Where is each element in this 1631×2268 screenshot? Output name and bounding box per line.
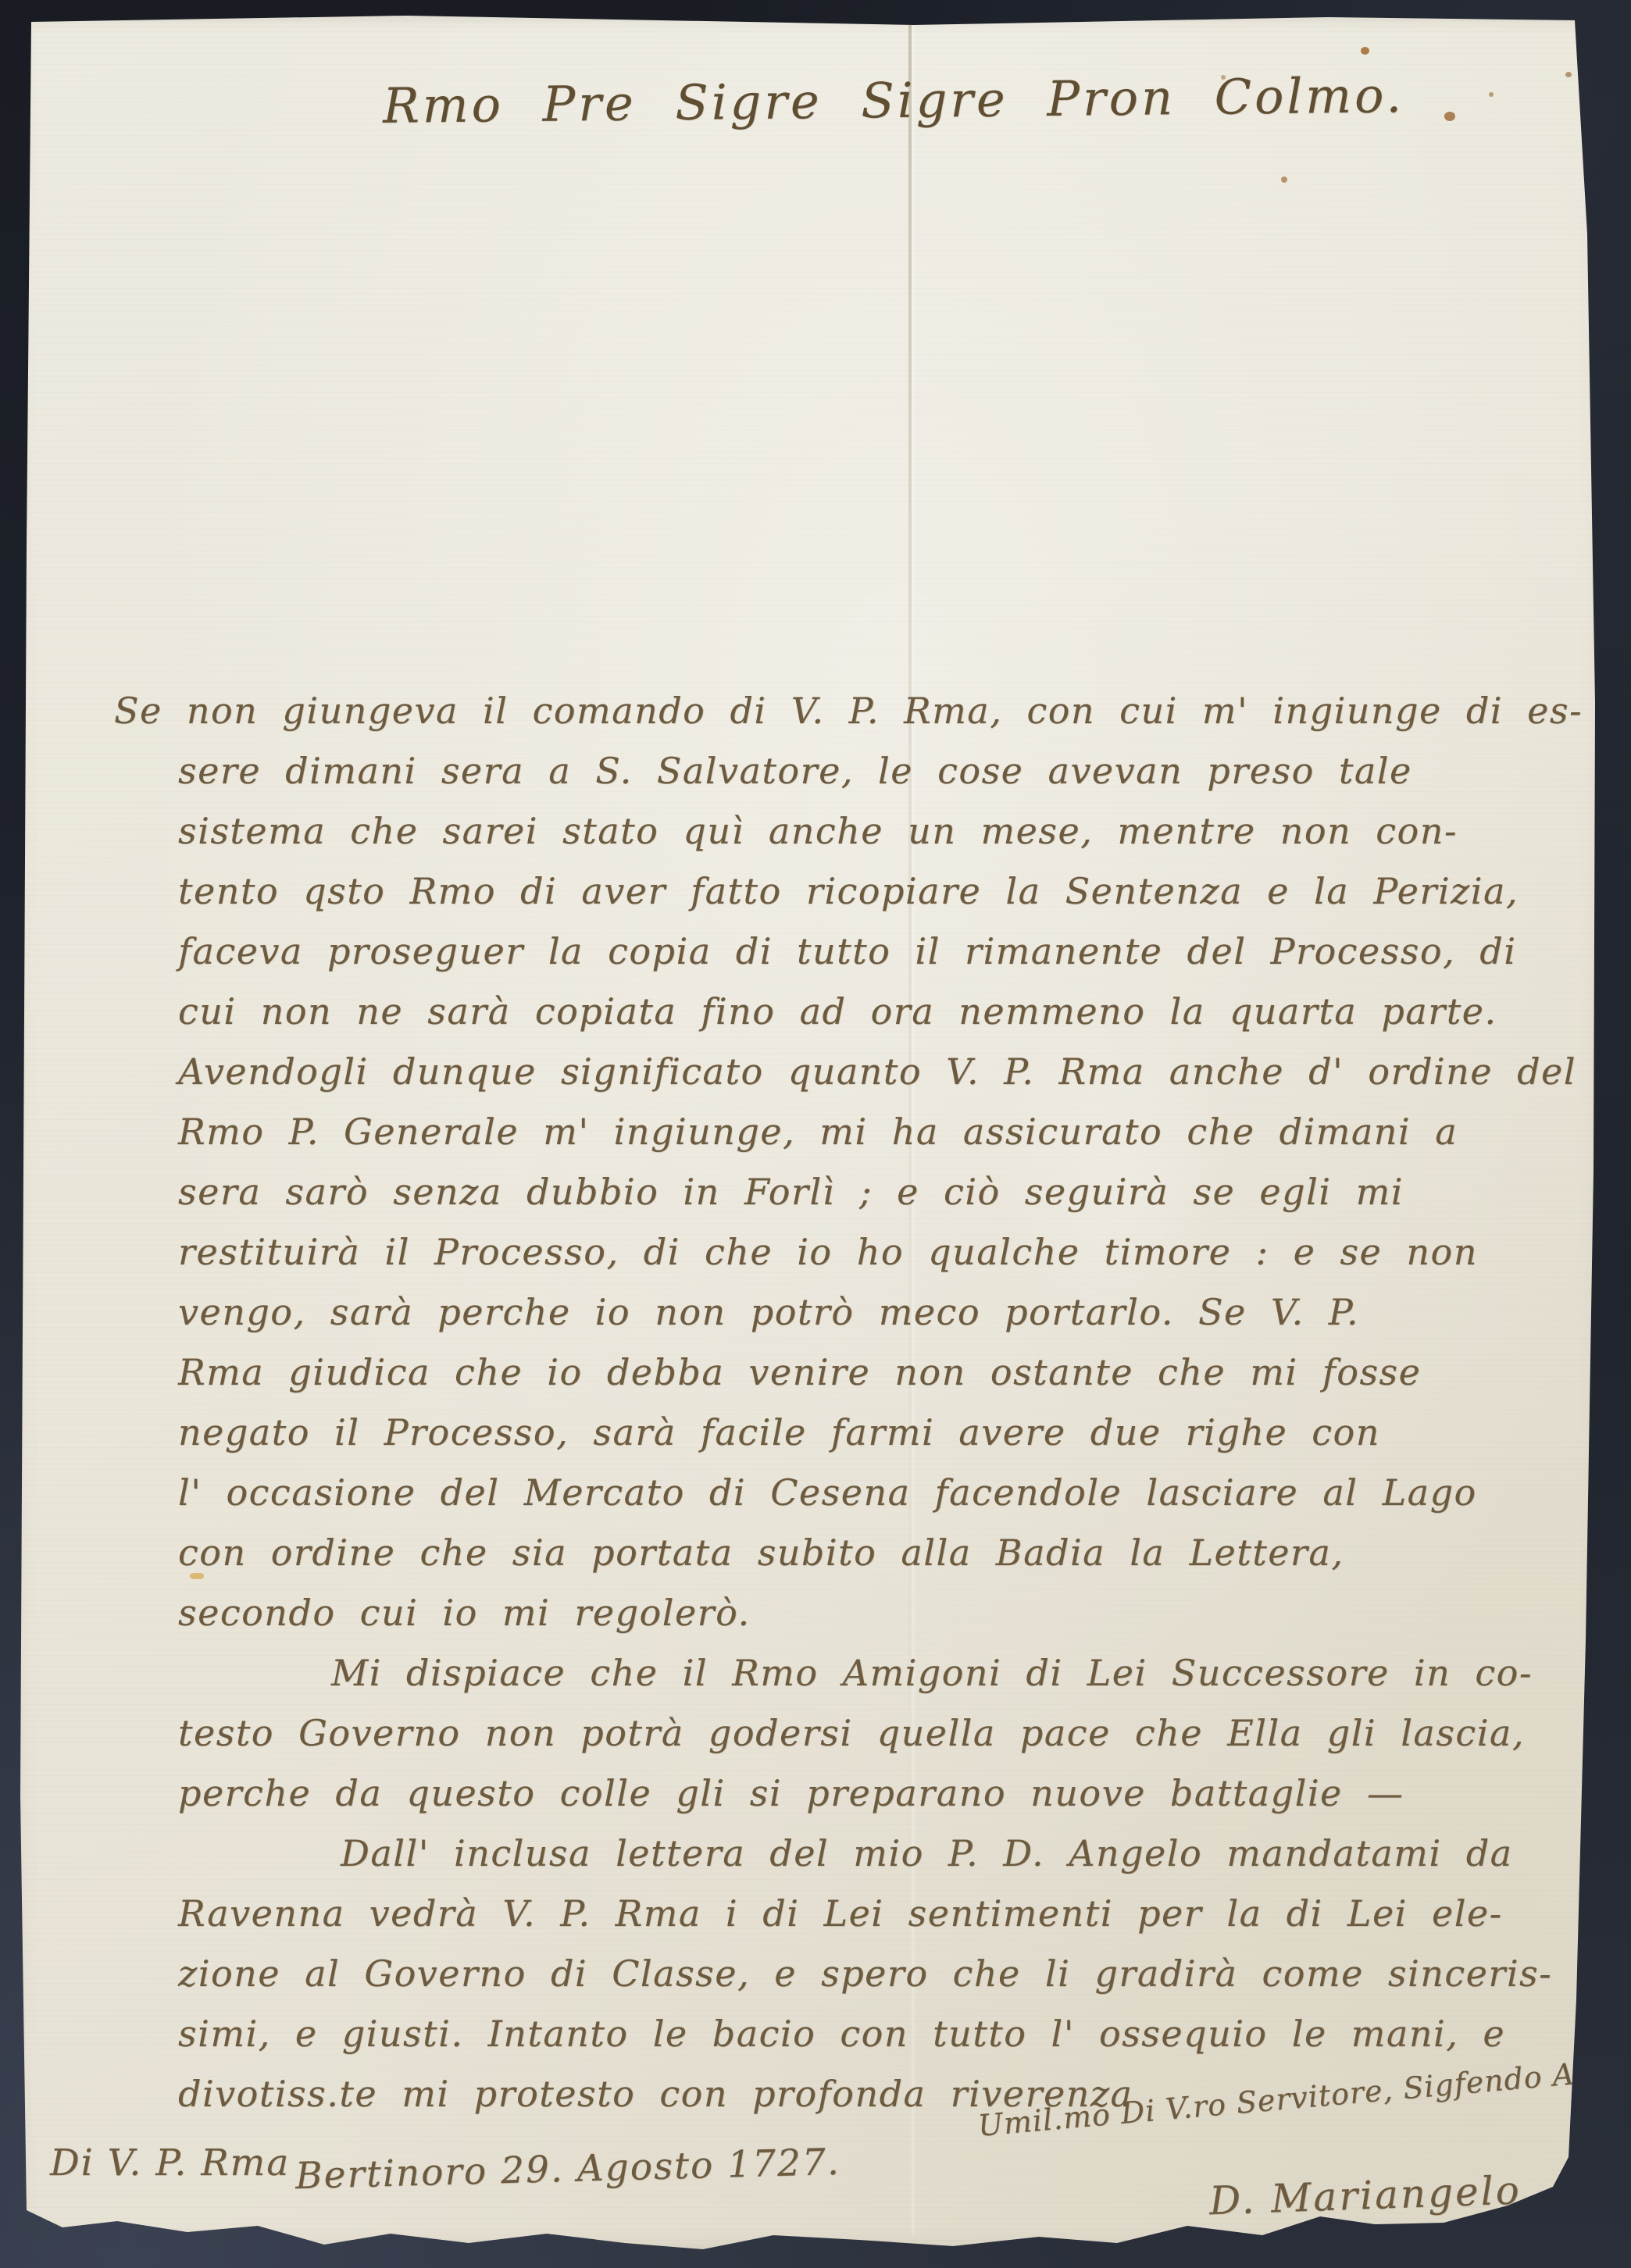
letter-line: l' occasione del Mercato di Cesena facen… (178, 1463, 1600, 1523)
letter-body: Se non giungeva il comando di V. P. Rma,… (178, 681, 1600, 2124)
letter-line: Rma giudica che io debba venire non osta… (178, 1343, 1600, 1403)
letter-line: Mi dispiace che il Rmo Amigoni di Lei Su… (331, 1643, 1600, 1703)
letter-paper-sheet: Rmo Pre Sigre Sigre Pron Colmo. Se non g… (0, 0, 1631, 2268)
letter-line: testo Governo non potrà godersi quella p… (178, 1703, 1600, 1763)
letter-line: sera sarò senza dubbio in Forlì ; e ciò … (178, 1162, 1600, 1222)
letter-line: vengo, sarà perche io non potrò meco por… (178, 1282, 1600, 1343)
fox-spot (1565, 72, 1572, 77)
letter-line: faceva proseguer la copia di tutto il ri… (178, 922, 1600, 982)
ink-stain (6, 44, 16, 55)
fox-spot (1281, 177, 1287, 183)
fox-spot (1489, 92, 1494, 97)
letter-line: zione al Governo di Classe, e spero che … (178, 1944, 1600, 2004)
fox-spot (1361, 47, 1369, 55)
letter-signature: D. Mariangelo. (1208, 2167, 1536, 2224)
letter-line: secondo cui io mi regolerò. (178, 1583, 1600, 1643)
letter-dateline-place-date: Bertinoro 29. Agosto 1727. (294, 2141, 840, 2198)
letter-dateline-addressee: Di V. P. Rma (50, 2141, 290, 2184)
letter-line: negato il Processo, sarà facile farmi av… (178, 1403, 1600, 1463)
letter-line: sere dimani sera a S. Salvatore, le cose… (178, 741, 1600, 801)
letter-line: sistema che sarei stato quì anche un mes… (178, 801, 1600, 861)
letter-line: perche da questo colle gli si preparano … (178, 1763, 1600, 1824)
letter-line: Avendogli dunque significato quanto V. P… (178, 1042, 1600, 1102)
fox-spot (1558, 2198, 1567, 2206)
letter-line: Se non giungeva il comando di V. P. Rma,… (114, 681, 1600, 741)
letter-line: Rmo P. Generale m' ingiunge, mi ha assic… (178, 1102, 1600, 1162)
letter-line: simi, e giusti. Intanto le bacio con tut… (178, 2004, 1600, 2064)
letter-salutation: Rmo Pre Sigre Sigre Pron Colmo. (383, 66, 1405, 134)
letter-line: cui non ne sarà copiata fino ad ora nemm… (178, 982, 1600, 1042)
letter-line: tento qsto Rmo di aver fatto ricopiare l… (178, 861, 1600, 922)
fox-spot (1444, 112, 1455, 121)
photo-of-letter: { "photo": { "background_color": "#20242… (0, 0, 1631, 2268)
letter-line: Dall' inclusa lettera del mio P. D. Ange… (341, 1824, 1600, 1884)
letter-line: con ordine che sia portata subito alla B… (178, 1523, 1600, 1583)
letter-line: restituirà il Processo, di che io ho qua… (178, 1222, 1600, 1282)
letter-line: Ravenna vedrà V. P. Rma i di Lei sentime… (178, 1884, 1600, 1944)
